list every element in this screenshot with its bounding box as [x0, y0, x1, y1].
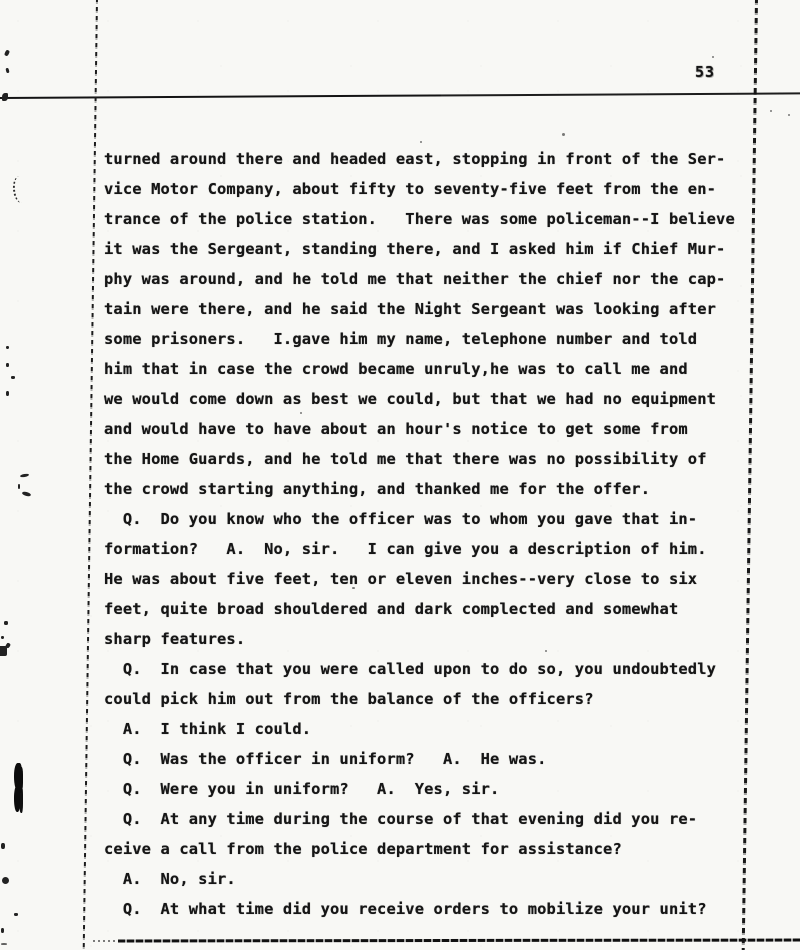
transcript-line: could pick him out from the balance of t… [104, 684, 754, 714]
bottom-horizontal-rule [118, 939, 800, 943]
transcript-line-question: Q. At any time during the course of that… [104, 804, 754, 834]
scan-speck [352, 587, 355, 589]
transcript-line-answer: A. I think I could. [104, 714, 754, 744]
ink-mark [6, 346, 9, 349]
transcript-line: vice Motor Company, about fifty to seven… [104, 174, 754, 204]
transcript-line-answer: A. No, sir. [104, 864, 754, 894]
ink-mark [2, 93, 8, 101]
ink-curve-mark [12, 175, 30, 203]
scan-speck [788, 114, 790, 116]
transcript-line: trance of the police station. There was … [104, 204, 754, 234]
transcript-line: He was about five feet, ten or eleven in… [104, 564, 754, 594]
scan-speck [770, 110, 772, 112]
ink-blot [14, 763, 22, 791]
scan-speck [562, 133, 565, 136]
ink-mark [1, 928, 4, 933]
transcript-line: feet, quite broad shouldered and dark co… [104, 594, 754, 624]
transcript-line-answer: formation? A. No, sir. I can give you a … [104, 534, 754, 564]
bottom-rule-lead-dots [93, 940, 121, 942]
transcript-line: the Home Guards, and he told me that the… [104, 444, 754, 474]
ink-mark [5, 68, 9, 74]
transcript-line: phy was around, and he told me that neit… [104, 264, 754, 294]
ink-mark [20, 473, 29, 478]
transcript-line: him that in case the crowd became unruly… [104, 354, 754, 384]
transcript-line-question: Q. At what time did you receive orders t… [104, 894, 754, 924]
transcript-line-question: Q. Do you know who the officer was to wh… [104, 504, 754, 534]
transcript-line: tain were there, and he said the Night S… [104, 294, 754, 324]
transcript-line: and would have to have about an hour's n… [104, 414, 754, 444]
transcript-line: we would come down as best we could, but… [104, 384, 754, 414]
ink-mark [11, 376, 15, 379]
transcript-body: turned around there and headed east, sto… [104, 144, 754, 924]
ink-blot [2, 877, 9, 884]
ink-mark [6, 391, 9, 396]
ink-mark [6, 363, 9, 367]
scan-speck [545, 650, 547, 652]
transcript-line: the crowd starting anything, and thanked… [104, 474, 754, 504]
page-number: 53 [695, 63, 715, 81]
transcript-line-question: Q. Were you in uniform? A. Yes, sir. [104, 774, 754, 804]
transcript-line: turned around there and headed east, sto… [104, 144, 754, 174]
ink-mark [4, 621, 8, 625]
scanned-transcript-page: 53 turned around there and headed east, … [0, 0, 800, 950]
left-margin-rule [83, 0, 98, 950]
transcript-line-question: Q. Was the officer in uniform? A. He was… [104, 744, 754, 774]
ink-mark [1, 843, 5, 849]
transcript-line: it was the Sergeant, standing there, and… [104, 234, 754, 264]
top-horizontal-rule [0, 92, 800, 99]
transcript-line: some prisoners. I.gave him my name, tele… [104, 324, 754, 354]
ink-mark [4, 49, 10, 56]
scan-speck [300, 412, 302, 414]
ink-mark [14, 913, 18, 916]
scan-speck [420, 141, 422, 143]
ink-mark [1, 636, 4, 639]
ink-blot [0, 646, 7, 656]
ink-mark [18, 484, 20, 489]
ink-mark [1, 943, 7, 945]
ink-mark [22, 491, 32, 497]
transcript-line: sharp features. [104, 624, 754, 654]
transcript-line: ceive a call from the police department … [104, 834, 754, 864]
transcript-line-question: Q. In case that you were called upon to … [104, 654, 754, 684]
scan-speck [430, 611, 432, 613]
scan-speck [712, 56, 714, 58]
